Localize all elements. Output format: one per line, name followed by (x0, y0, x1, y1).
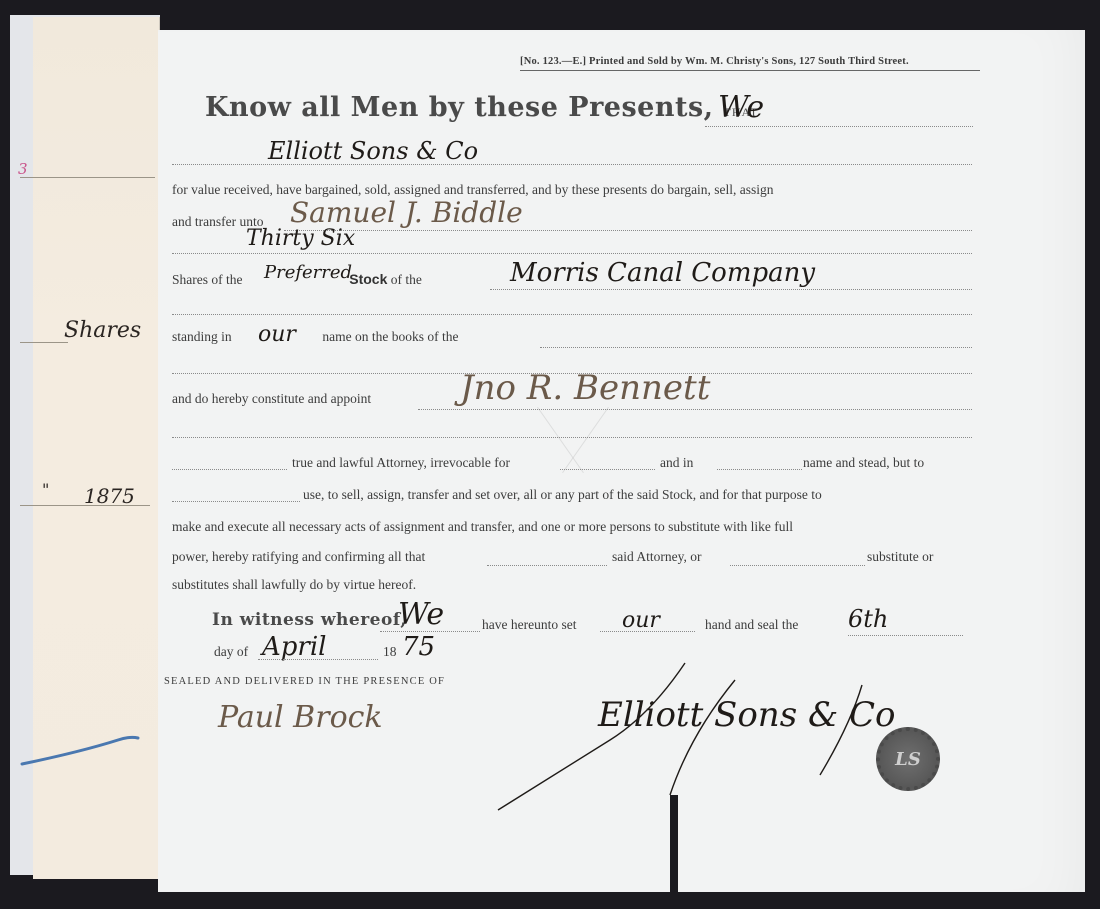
handwritten-day: 6th (848, 605, 888, 633)
fill-line (730, 564, 865, 566)
stub-shares-label: Shares (64, 318, 141, 343)
handwritten-attorney: Jno R. Bennett (460, 368, 710, 408)
fill-line (705, 125, 973, 127)
line-power-a: power, hereby ratifying and confirming a… (172, 549, 425, 565)
label-shares-of-the: Shares of the (172, 272, 242, 287)
label-name-stead: name and stead, but to (803, 455, 924, 471)
label-day-of: day of (214, 644, 248, 660)
witness-signature: Paul Brock (218, 700, 383, 735)
handwritten-we: We (718, 90, 764, 125)
witness-label: In witness whereof, (212, 610, 407, 630)
fill-line (172, 252, 972, 254)
handwritten-our: our (258, 322, 296, 347)
form-title: Know all Men by these Presents, THAT (205, 92, 758, 123)
handwritten-year: 75 (402, 632, 435, 662)
stub-mark: 3 (18, 160, 28, 178)
sealed-label: Sealed and delivered in the presence of (164, 676, 445, 687)
blue-pencil-stroke (20, 730, 140, 770)
line-power-c: substitute or (867, 549, 933, 565)
stub-ditto: " (42, 480, 49, 499)
title-text: Know all Men by these Presents, (205, 92, 714, 123)
year-printed: 18 (383, 644, 397, 660)
label-and-in: and in (660, 455, 693, 471)
fill-line (487, 564, 607, 566)
label-stock: Stock (349, 271, 387, 287)
fill-line (284, 229, 972, 231)
label-hand-seal: hand and seal the (705, 617, 798, 633)
fill-line (172, 436, 972, 438)
fill-line (172, 163, 972, 165)
label-standing-in: standing in (172, 329, 232, 344)
handwritten-we-2: We (398, 597, 444, 632)
revenue-seal-stamp: LS (876, 727, 940, 791)
label-name-on-books: name on the books of the (322, 329, 458, 344)
handwritten-grantor: Elliott Sons & Co (268, 137, 478, 165)
fill-line (172, 500, 300, 502)
fill-line (258, 658, 378, 660)
stub-rule (20, 177, 155, 178)
handwritten-stock-class: Preferred (264, 262, 352, 283)
line-substitutes: substitutes shall lawfully do by virtue … (172, 577, 416, 593)
stub-rule (20, 342, 68, 343)
line-power-b: said Attorney, or (612, 549, 701, 565)
label-constitute: and do hereby constitute and appoint (172, 391, 371, 407)
line-use: use, to sell, assign, transfer and set o… (303, 487, 822, 503)
standing-line: standing in name on the books of the (172, 329, 458, 345)
label-attorney: true and lawful Attorney, irrevocable fo… (292, 455, 510, 471)
stub-year: 1875 (84, 484, 135, 508)
signature-flourish (490, 655, 870, 815)
seal-monogram: LS (895, 749, 921, 770)
fill-line (490, 288, 972, 290)
fill-line (717, 468, 802, 470)
fill-line (172, 468, 287, 470)
fill-line (848, 634, 963, 636)
handwritten-quantity: Thirty Six (246, 226, 355, 251)
handwritten-transferee: Samuel J. Biddle (290, 196, 523, 229)
label-of-the: of the (391, 272, 422, 287)
fill-line (560, 468, 655, 470)
fill-line (418, 408, 972, 410)
paper-tear (670, 795, 678, 892)
line-make: make and execute all necessary acts of a… (172, 519, 793, 535)
fill-line (600, 630, 695, 632)
handwritten-company: Morris Canal Company (510, 258, 815, 288)
label-hereunto: have hereunto set (482, 617, 576, 633)
fill-line (172, 313, 972, 315)
printer-header: [No. 123.—E.] Printed and Sold by Wm. M.… (520, 56, 980, 71)
fill-line (540, 346, 972, 348)
